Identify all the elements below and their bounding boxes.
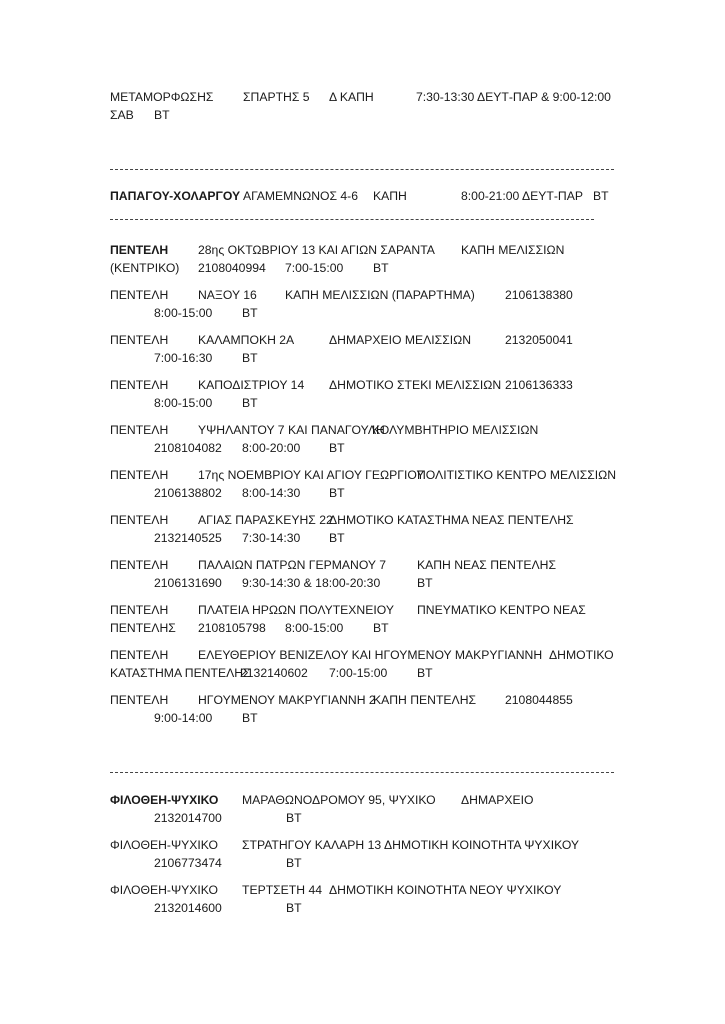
facility-cont: ΚΑΤΑΣΤΗΜΑ ΠΕΝΤΕΛΗΣ: [110, 666, 251, 680]
address: ΗΓΟΥΜΕΝΟΥ ΜΑΚΡΥΓΙΑΝΝΗ 2: [198, 693, 376, 707]
area: ΠΕΝΤΕΛΗ: [110, 603, 168, 617]
hours-cont: ΣΑΒ: [110, 108, 134, 122]
tag: ΒΤ: [286, 901, 302, 915]
facility-cont: (ΚΕΝΤΡΙΚΟ): [110, 261, 179, 275]
phone: 2106131690: [154, 576, 222, 590]
tag: ΒΤ: [242, 396, 258, 410]
address: ΑΓΙΑΣ ΠΑΡΑΣΚΕΥΗΣ 22: [198, 513, 333, 527]
phone: 2106136333: [505, 378, 573, 392]
tag: ΒΤ: [373, 621, 389, 635]
area: ΠΕΝΤΕΛΗ: [110, 513, 168, 527]
phone: 2108044855: [505, 693, 573, 707]
facility: ΔΗΜΟΤΙΚΗ ΚΟΙΝΟΤΗΤΑ ΝΕΟΥ ΨΥΧΙΚΟΥ: [329, 883, 561, 897]
phone: 2106773474: [154, 856, 222, 870]
address: ΚΑΠΟΔΙΣΤΡΙΟΥ 14: [198, 378, 304, 392]
facility: ΔΗΜΑΡΧΕΙΟ: [461, 793, 533, 807]
facility: ΠΝΕΥΜΑΤΙΚΟ ΚΕΝΤΡΟ ΝΕΑΣ: [417, 603, 586, 617]
phone: 2106138380: [505, 288, 573, 302]
phone: 2108104082: [154, 441, 222, 455]
tag: ΒΤ: [593, 189, 609, 203]
hours: 9:30-14:30 & 18:00-20:30: [242, 576, 380, 590]
address: ΣΤΡΑΤΗΓΟΥ ΚΑΛΑΡΗ 13: [242, 838, 381, 852]
hours: 7:30-13:30 ΔΕΥΤ-ΠΑΡ & 9:00-12:00: [416, 90, 611, 104]
phone: 2132140602: [240, 666, 308, 680]
tag: ΒΤ: [242, 351, 258, 365]
tag: ΒΤ: [286, 856, 302, 870]
address: 17ης ΝΟΕΜΒΡΙΟΥ ΚΑΙ ΑΓΙΟΥ ΓΕΩΡΓΙΟΥ: [198, 468, 425, 482]
area: ΠΕΝΤΕΛΗ: [110, 333, 168, 347]
phone: 2108040994: [198, 261, 266, 275]
area: ΦΙΛΟΘΕΗ-ΨΥΧΙΚΟ: [110, 838, 218, 852]
area: ΠΕΝΤΕΛΗ: [110, 288, 168, 302]
hours: 8:00-21:00 ΔΕΥΤ-ΠΑΡ: [461, 189, 583, 203]
hours: 8:00-15:00: [285, 621, 343, 635]
area: ΠΕΝΤΕΛΗ: [110, 468, 168, 482]
hours: 8:00-15:00: [154, 306, 212, 320]
separator: [110, 219, 594, 220]
tag: ΒΤ: [417, 666, 433, 680]
facility: ΔΗΜΟΤΙΚΟ ΚΑΤΑΣΤΗΜΑ ΝΕΑΣ ΠΕΝΤΕΛΗΣ: [329, 513, 574, 527]
separator: [110, 772, 614, 773]
address: ΥΨΗΛΑΝΤΟΥ 7 ΚΑΙ ΠΑΝΑΓΟΥΛΗ: [198, 423, 385, 437]
document-page: ΜΕΤΑΜΟΡΦΩΣΗΣ ΣΠΑΡΤΗΣ 5 Δ ΚΑΠΗ 7:30-13:30…: [0, 0, 725, 1024]
tag: ΒΤ: [242, 711, 258, 725]
hours: 7:00-15:00: [285, 261, 343, 275]
phone: 2132014700: [154, 811, 222, 825]
hours: 8:00-14:30: [242, 486, 300, 500]
area: ΠΕΝΤΕΛΗ: [110, 558, 168, 572]
address: ΠΛΑΤΕΙΑ ΗΡΩΩΝ ΠΟΛΥΤΕΧΝΕΙΟΥ: [198, 603, 394, 617]
facility: ΔΗΜΑΡΧΕΙΟ ΜΕΛΙΣΣΙΩΝ: [329, 333, 471, 347]
tag: ΒΤ: [329, 441, 345, 455]
facility: ΚΑΠΗ ΝΕΑΣ ΠΕΝΤΕΛΗΣ: [417, 558, 556, 572]
separator: [110, 169, 614, 170]
address: ΤΕΡΤΣΕΤΗ 44: [242, 883, 322, 897]
phone: 2108105798: [198, 621, 266, 635]
phone: 2106138802: [154, 486, 222, 500]
facility: ΚΑΠΗ ΠΕΝΤΕΛΗΣ: [373, 693, 476, 707]
area: ΠΕΝΤΕΛΗ: [110, 693, 168, 707]
address: 28ης ΟΚΤΩΒΡΙΟΥ 13 ΚΑΙ ΑΓΙΩΝ ΣΑΡΑΝΤΑ: [198, 243, 435, 257]
facility-cont: ΠΕΝΤΕΛΗΣ: [110, 621, 176, 635]
tag: ΒΤ: [417, 576, 433, 590]
tag: ΒΤ: [242, 306, 258, 320]
tag: ΒΤ: [286, 811, 302, 825]
hours: 7:30-14:30: [242, 531, 300, 545]
facility: ΚΑΠΗ ΜΕΛΙΣΣΙΩΝ (ΠΑΡΑΡΤΗΜΑ): [285, 288, 475, 302]
address: ΑΓΑΜΕΜΝΩΝΟΣ 4-6: [243, 189, 358, 203]
address: ΠΑΛΑΙΩΝ ΠΑΤΡΩΝ ΓΕΡΜΑΝΟΥ 7: [198, 558, 386, 572]
tag: ΒΤ: [329, 531, 345, 545]
tag: ΒΤ: [154, 108, 170, 122]
facility: Δ ΚΑΠΗ: [329, 90, 374, 104]
hours: 7:00-16:30: [154, 351, 212, 365]
area: ΠΑΠΑΓΟΥ-ΧΟΛΑΡΓΟΥ: [110, 189, 240, 203]
facility: ΚΑΠΗ ΜΕΛΙΣΣΙΩΝ: [461, 243, 564, 257]
tag: ΒΤ: [373, 261, 389, 275]
address: ΝΑΞΟΥ 16: [198, 288, 257, 302]
area: ΠΕΝΤΕΛΗ: [110, 423, 168, 437]
address: ΜΑΡΑΘΩΝΟΔΡΟΜΟΥ 95, ΨΥΧΙΚΟ: [242, 793, 436, 807]
phone: 2132050041: [505, 333, 573, 347]
facility: ΔΗΜΟΤΙΚΗ ΚΟΙΝΟΤΗΤΑ ΨΥΧΙΚΟΥ: [384, 838, 579, 852]
address: ΕΛΕΥΘΕΡΙΟΥ ΒΕΝΙΖΕΛΟΥ ΚΑΙ ΗΓΟΥΜΕΝΟΥ ΜΑΚΡΥ…: [198, 648, 542, 662]
address: ΚΑΛΑΜΠΟΚΗ 2Α: [198, 333, 294, 347]
facility: ΔΗΜΟΤΙΚΟ: [549, 648, 614, 662]
facility: ΚΟΛΥΜΒΗΤΗΡΙΟ ΜΕΛΙΣΣΙΩΝ: [372, 423, 538, 437]
facility: ΚΑΠΗ: [373, 189, 407, 203]
tag: ΒΤ: [329, 486, 345, 500]
phone: 2132014600: [154, 901, 222, 915]
facility: ΔΗΜΟΤΙΚΟ ΣΤΕΚΙ ΜΕΛΙΣΣΙΩΝ: [329, 378, 501, 392]
area: ΠΕΝΤΕΛΗ: [110, 378, 168, 392]
hours: 8:00-15:00: [154, 396, 212, 410]
hours: 8:00-20:00: [242, 441, 300, 455]
area: ΠΕΝΤΕΛΗ: [110, 243, 168, 257]
hours: 9:00-14:00: [154, 711, 212, 725]
address: ΣΠΑΡΤΗΣ 5: [243, 90, 310, 104]
area: ΦΙΛΟΘΕΗ-ΨΥΧΙΚΟ: [110, 883, 218, 897]
phone: 2132140525: [154, 531, 222, 545]
area: ΦΙΛΟΘΕΗ-ΨΥΧΙΚΟ: [110, 793, 218, 807]
area: ΜΕΤΑΜΟΡΦΩΣΗΣ: [110, 90, 213, 104]
facility: ΠΟΛΙΤΙΣΤΙΚΟ ΚΕΝΤΡΟ ΜΕΛΙΣΣΙΩΝ: [417, 468, 616, 482]
area: ΠΕΝΤΕΛΗ: [110, 648, 168, 662]
hours: 7:00-15:00: [329, 666, 387, 680]
